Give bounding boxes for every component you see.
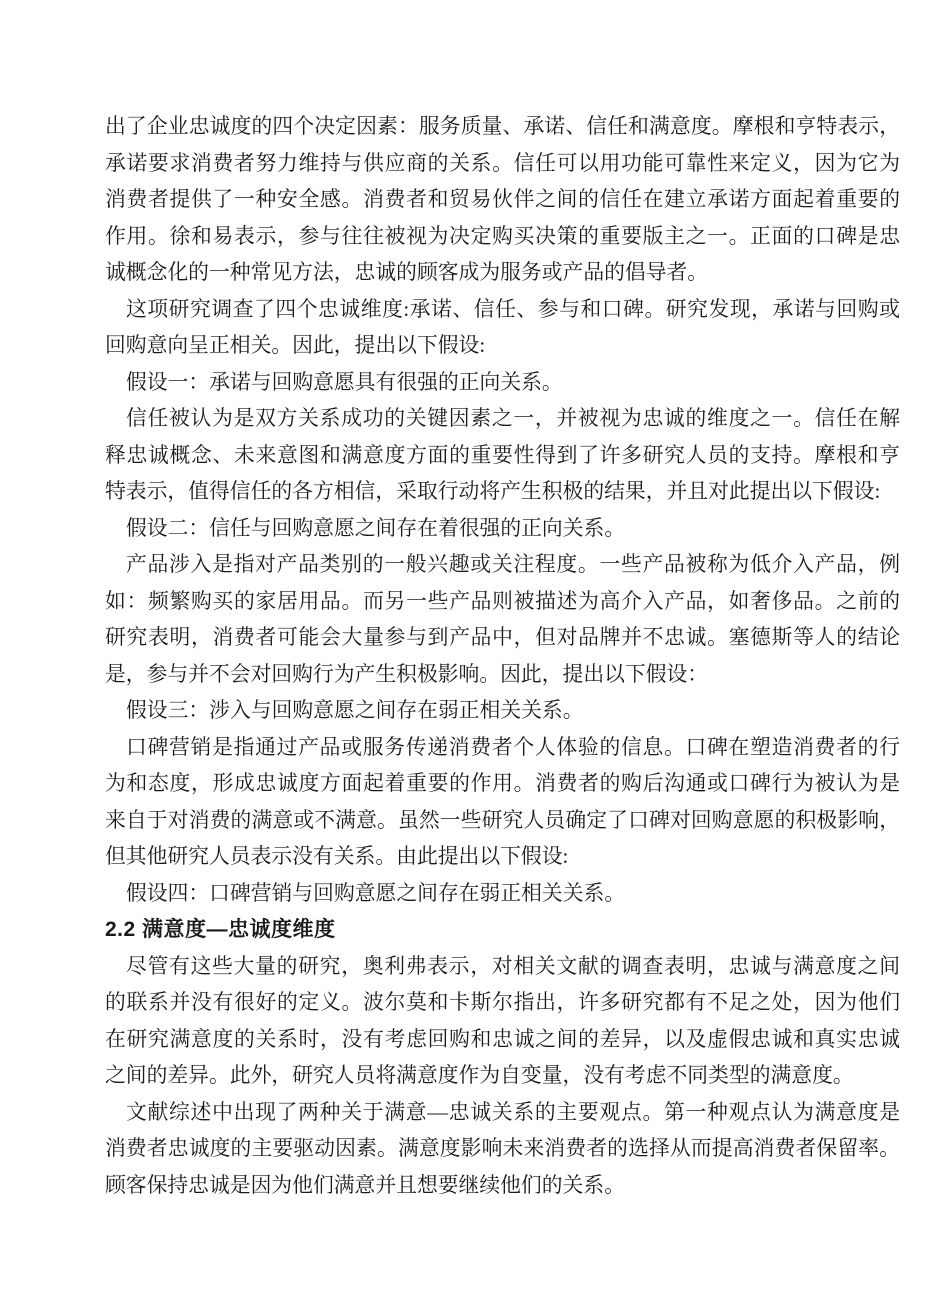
text-line: 研究表明，消费者可能会大量参与到产品中，但对品牌并不忠诚。塞德斯等人的结论 bbox=[105, 620, 900, 657]
text-line: 这项研究调查了四个忠诚维度:承诺、信任、参与和口碑。研究发现，承诺与回购或 bbox=[105, 292, 900, 329]
text-line: 之间的差异。此外，研究人员将满意度作为自变量，没有考虑不同类型的满意度。 bbox=[105, 1058, 900, 1095]
text-line: 消费者提供了一种安全感。消费者和贸易伙伴之间的信任在建立承诺方面起着重要的 bbox=[105, 182, 900, 219]
text-line: 来自于对消费的满意或不满意。虽然一些研究人员确定了口碑对回购意愿的积极影响， bbox=[105, 803, 900, 840]
text-line: 特表示，值得信任的各方相信，采取行动将产生积极的结果，并且对此提出以下假设: bbox=[105, 474, 900, 511]
text-line: 作用。徐和易表示，参与往往被视为决定购买决策的重要版主之一。正面的口碑是忠 bbox=[105, 219, 900, 256]
text-line: 释忠诚概念、未来意图和满意度方面的重要性得到了许多研究人员的支持。摩根和亨 bbox=[105, 438, 900, 475]
text-line: 回购意向呈正相关。因此，提出以下假设: bbox=[105, 328, 900, 365]
text-line: 假设四：口碑营销与回购意愿之间存在弱正相关关系。 bbox=[105, 876, 900, 913]
text-line: 但其他研究人员表示没有关系。由此提出以下假设: bbox=[105, 839, 900, 876]
text-line: 假设二：信任与回购意愿之间存在着很强的正向关系。 bbox=[105, 511, 900, 548]
text-line: 信任被认为是双方关系成功的关键因素之一，并被视为忠诚的维度之一。信任在解 bbox=[105, 401, 900, 438]
text-line: 承诺要求消费者努力维持与供应商的关系。信任可以用功能可靠性来定义，因为它为 bbox=[105, 146, 900, 183]
text-line: 诚概念化的一种常见方法，忠诚的顾客成为服务或产品的倡导者。 bbox=[105, 255, 900, 292]
text-line: 假设一：承诺与回购意愿具有很强的正向关系。 bbox=[105, 365, 900, 402]
text-line: 如：频繁购买的家居用品。而另一些产品则被描述为高介入产品，如奢侈品。之前的 bbox=[105, 584, 900, 621]
text-line: 产品涉入是指对产品类别的一般兴趣或关注程度。一些产品被称为低介入产品，例 bbox=[105, 547, 900, 584]
section-heading: 2.2 满意度—忠诚度维度 bbox=[105, 912, 900, 949]
text-line: 文献综述中出现了两种关于满意—忠诚关系的主要观点。第一种观点认为满意度是 bbox=[105, 1095, 900, 1132]
text-line: 为和态度，形成忠诚度方面起着重要的作用。消费者的购后沟通或口碑行为被认为是 bbox=[105, 766, 900, 803]
text-line: 假设三：涉入与回购意愿之间存在弱正相关关系。 bbox=[105, 693, 900, 730]
text-line: 是，参与并不会对回购行为产生积极影响。因此，提出以下假设： bbox=[105, 657, 900, 694]
text-line: 出了企业忠诚度的四个决定因素：服务质量、承诺、信任和满意度。摩根和亨特表示， bbox=[105, 109, 900, 146]
text-line: 尽管有这些大量的研究，奥利弗表示，对相关文献的调查表明，忠诚与满意度之间 bbox=[105, 949, 900, 986]
text-column: 出了企业忠诚度的四个决定因素：服务质量、承诺、信任和满意度。摩根和亨特表示，承诺… bbox=[105, 109, 900, 1204]
text-line: 顾客保持忠诚是因为他们满意并且想要继续他们的关系。 bbox=[105, 1168, 900, 1205]
text-line: 消费者忠诚度的主要驱动因素。满意度影响未来消费者的选择从而提高消费者保留率。 bbox=[105, 1131, 900, 1168]
text-line: 的联系并没有很好的定义。波尔莫和卡斯尔指出，许多研究都有不足之处，因为他们 bbox=[105, 985, 900, 1022]
text-line: 在研究满意度的关系时，没有考虑回购和忠诚之间的差异，以及虚假忠诚和真实忠诚 bbox=[105, 1022, 900, 1059]
text-line: 口碑营销是指通过产品或服务传递消费者个人体验的信息。口碑在塑造消费者的行 bbox=[105, 730, 900, 767]
document-page: 出了企业忠诚度的四个决定因素：服务质量、承诺、信任和满意度。摩根和亨特表示，承诺… bbox=[0, 0, 925, 1309]
